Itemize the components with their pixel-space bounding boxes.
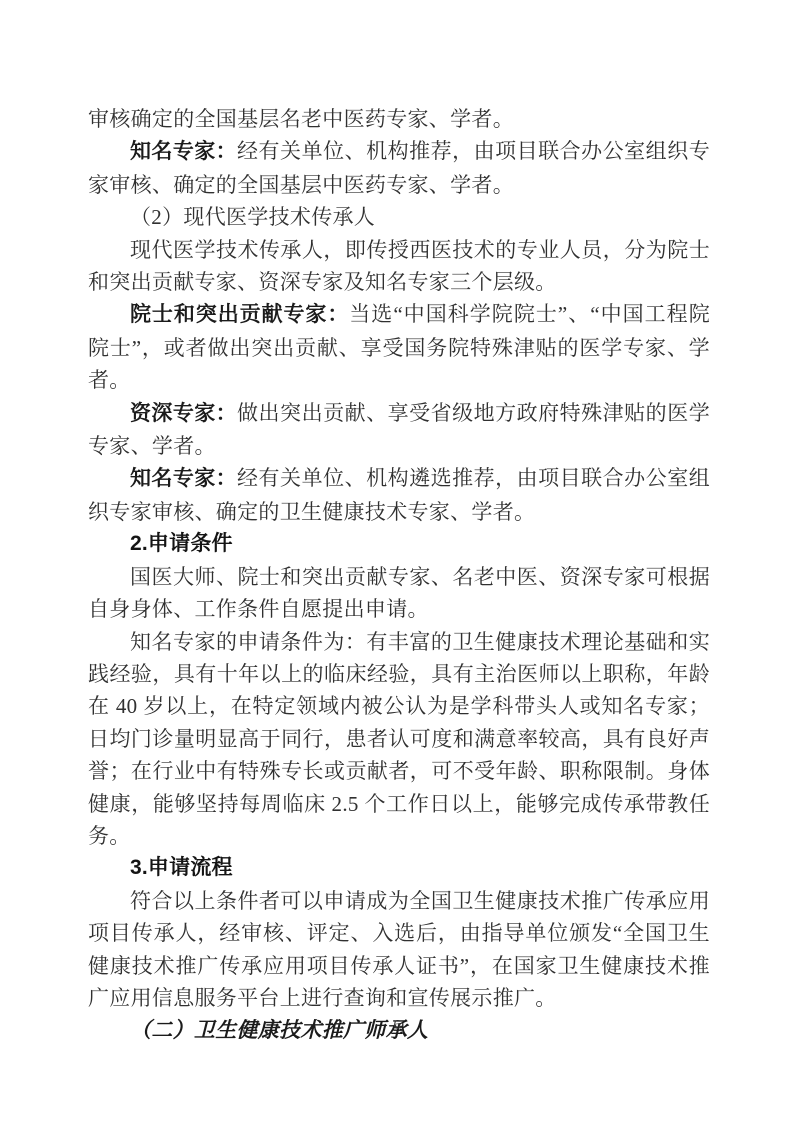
paragraph: 审核确定的全国基层名老中医药专家、学者。 <box>88 103 710 135</box>
page-number: 6 <box>394 1018 401 1033</box>
section-heading: 3.申请流程 <box>88 852 710 884</box>
bold-lead-label: 资深专家： <box>130 402 237 425</box>
section-heading: 2.申请条件 <box>88 528 710 560</box>
paragraph: 知名专家：经有关单位、机构推荐，由项目联合办公室组织专家审核、确定的全国基层中医… <box>88 135 710 201</box>
bold-lead-label: 知名专家： <box>130 467 237 490</box>
paragraph: （2）现代医学技术传承人 <box>88 201 710 233</box>
paragraph: 资深专家：做出突出贡献、享受省级地方政府特殊津贴的医学专家、学者。 <box>88 397 710 463</box>
document-body: 审核确定的全国基层名老中医药专家、学者。知名专家：经有关单位、机构推荐，由项目联… <box>88 103 710 1047</box>
paragraph: 现代医学技术传承人，即传授西医技术的专业人员，分为院士和突出贡献专家、资深专家及… <box>88 234 710 299</box>
bold-lead-label: 院士和突出贡献专家： <box>130 303 349 326</box>
bold-lead-label: 知名专家： <box>130 140 237 163</box>
paragraph: 知名专家的申请条件为：有丰富的卫生健康技术理论基础和实践经验，具有十年以上的临床… <box>88 626 710 853</box>
paragraph: 符合以上条件者可以申请成为全国卫生健康技术推广传承应用项目传承人，经审核、评定、… <box>88 885 710 1015</box>
paragraph: 知名专家：经有关单位、机构遴选推荐，由项目联合办公室组织专家审核、确定的卫生健康… <box>88 462 710 528</box>
paragraph: 院士和突出贡献专家：当选“中国科学院院士”、“中国工程院院士”，或者做出突出贡献… <box>88 298 710 396</box>
paragraph: 国医大师、院士和突出贡献专家、名老中医、资深专家可根据自身身体、工作条件自愿提出… <box>88 561 710 626</box>
document-page: 审核确定的全国基层名老中医药专家、学者。知名专家：经有关单位、机构推荐，由项目联… <box>0 0 794 1123</box>
page-footer: 6 <box>0 1016 794 1036</box>
